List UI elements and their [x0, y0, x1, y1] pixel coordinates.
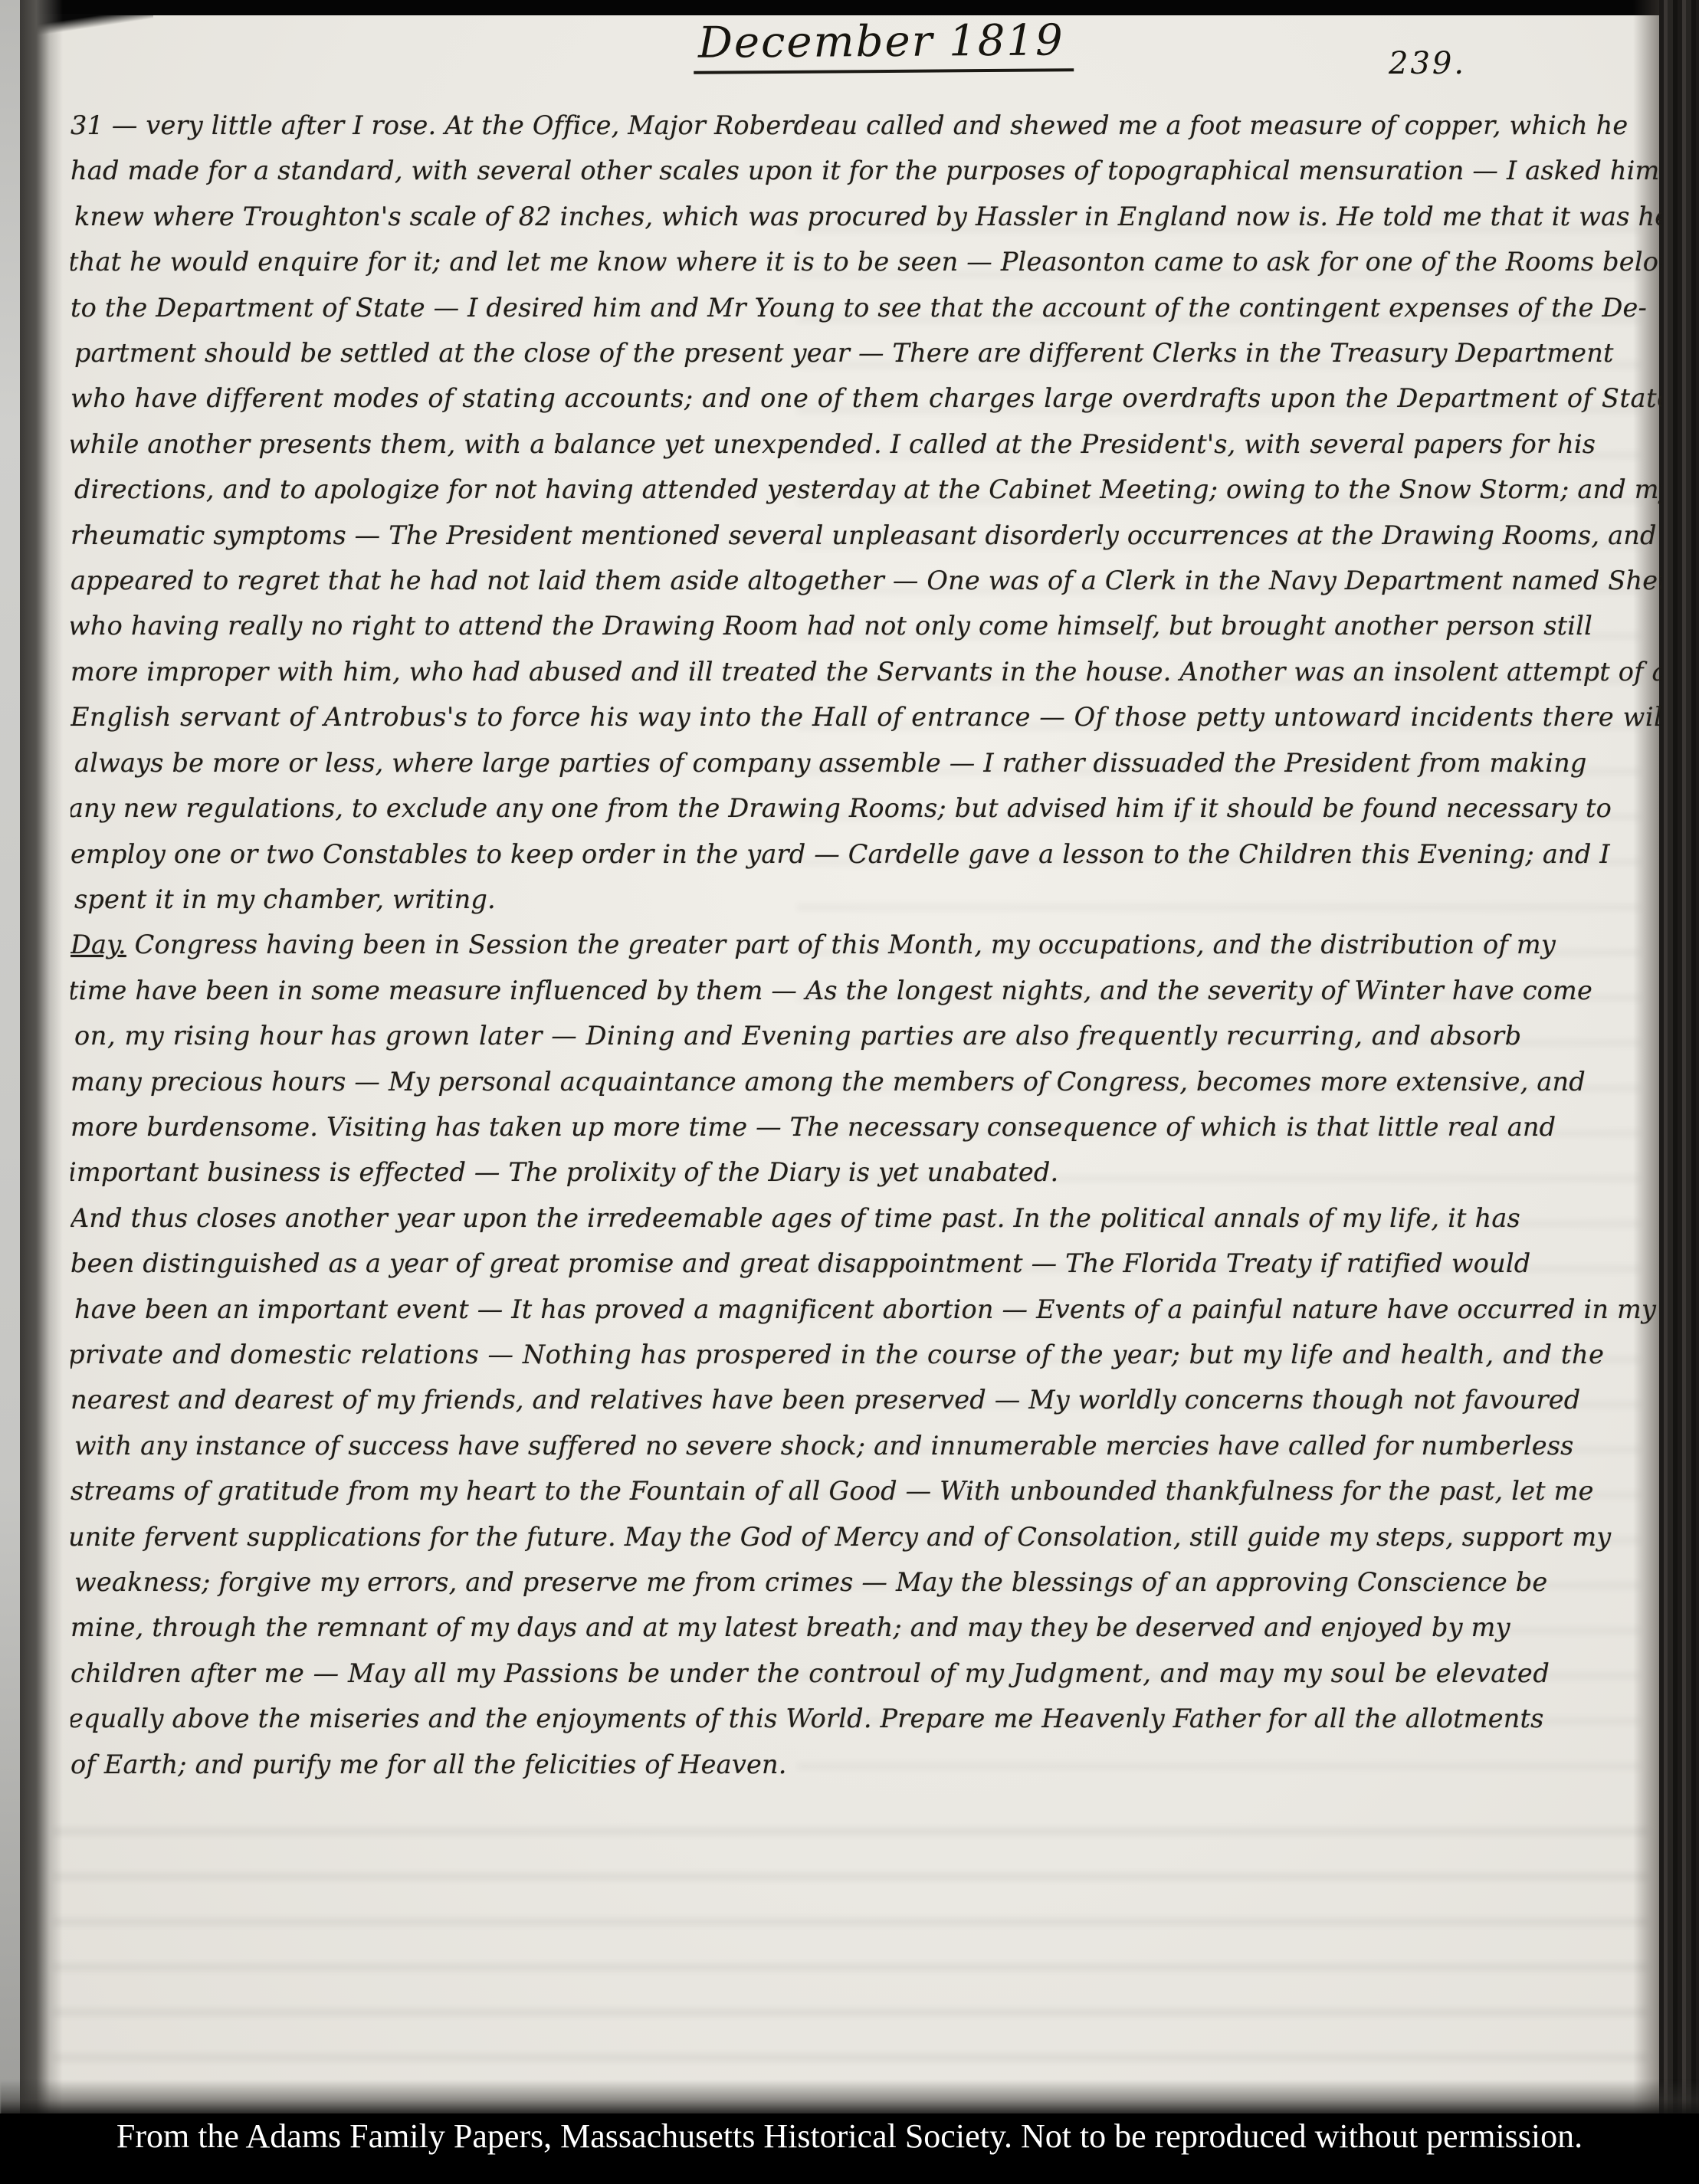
adjacent-page-edge [0, 0, 20, 2117]
page-title: December 1819 [694, 15, 1074, 74]
manuscript-line: unite fervent supplications for the futu… [71, 1514, 1661, 1559]
manuscript-line: children after me — May all my Passions … [71, 1651, 1661, 1696]
book-page-edges [1659, 0, 1699, 2117]
manuscript-line: while another presents them, with a bala… [71, 421, 1661, 467]
manuscript-line: had made for a standard, with several ot… [71, 148, 1661, 193]
manuscript-line: mine, through the remnant of my days and… [71, 1605, 1661, 1650]
manuscript-line: employ one or two Constables to keep ord… [71, 831, 1661, 877]
manuscript-line: more burdensome. Visiting has taken up m… [71, 1104, 1661, 1149]
manuscript-line: important business is effected — The pro… [71, 1149, 1661, 1195]
attribution-bar: From the Adams Family Papers, Massachuse… [0, 2113, 1699, 2184]
manuscript-line: knew where Troughton's scale of 82 inche… [74, 194, 1661, 239]
manuscript-line: private and domestic relations — Nothing… [71, 1332, 1661, 1377]
manuscript-line: Day. Congress having been in Session the… [71, 922, 1661, 967]
manuscript-line: that he would enquire for it; and let me… [71, 239, 1661, 284]
manuscript-line: streams of gratitude from my heart to th… [71, 1468, 1661, 1513]
manuscript-line: time have been in some measure influence… [71, 968, 1661, 1013]
manuscript-line: equally above the miseries and the enjoy… [71, 1696, 1661, 1741]
scan-top-edge [0, 0, 1699, 15]
binding-gutter-shadow [20, 0, 63, 2117]
manuscript-line: of Earth; and purify me for all the feli… [71, 1742, 1661, 1787]
manuscript-line: appeared to regret that he had not laid … [71, 558, 1661, 603]
manuscript-line: to the Department of State — I desired h… [71, 285, 1661, 330]
manuscript-line: been distinguished as a year of great pr… [71, 1241, 1661, 1286]
manuscript-line: with any instance of success have suffer… [74, 1423, 1661, 1468]
scan-bottom-shadow [0, 2080, 1699, 2117]
manuscript-line: directions, and to apologize for not hav… [74, 467, 1661, 512]
manuscript-line: always be more or less, where large part… [74, 740, 1661, 785]
manuscript-line: weakness; forgive my errors, and preserv… [74, 1559, 1661, 1605]
manuscript-line: on, my rising hour has grown later — Din… [74, 1013, 1661, 1058]
manuscript-line: who having really no right to attend the… [71, 603, 1661, 648]
manuscript-line: have been an important event — It has pr… [74, 1287, 1661, 1332]
attribution-caption: From the Adams Family Papers, Massachuse… [116, 2118, 1583, 2155]
manuscript-line: many precious hours — My personal acquai… [71, 1059, 1661, 1104]
manuscript-line: nearest and dearest of my friends, and r… [71, 1377, 1661, 1422]
manuscript-line: And thus closes another year upon the ir… [71, 1195, 1661, 1241]
manuscript-line: more improper with him, who had abused a… [71, 649, 1661, 694]
manuscript-text-block: 31 — very little after I rose. At the Of… [71, 103, 1661, 1812]
manuscript-line: 31 — very little after I rose. At the Of… [71, 103, 1661, 148]
manuscript-line: spent it in my chamber, writing. [74, 877, 1661, 922]
manuscript-line: who have different modes of stating acco… [71, 375, 1661, 421]
scanned-diary-page: December 1819 239. 31 — very little afte… [0, 0, 1699, 2184]
manuscript-line: English servant of Antrobus's to force h… [71, 694, 1661, 739]
manuscript-line: rheumatic symptoms — The President menti… [71, 513, 1661, 558]
ink-bleed-through-bottom [54, 1824, 1648, 2084]
manuscript-line: partment should be settled at the close … [74, 330, 1661, 375]
manuscript-line: any new regulations, to exclude any one … [71, 785, 1661, 831]
page-number: 239. [1389, 46, 1466, 81]
